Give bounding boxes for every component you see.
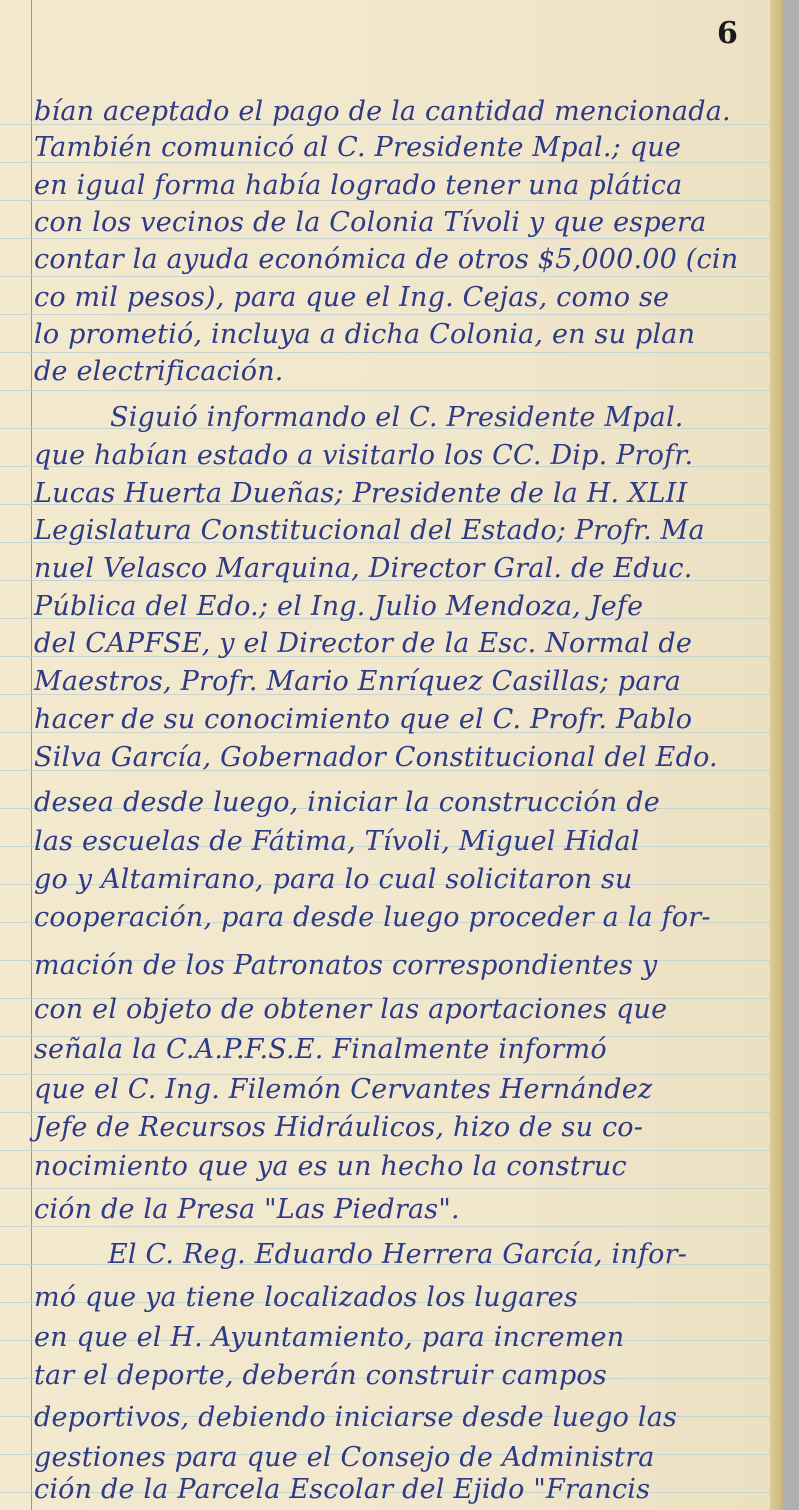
rule-line	[0, 1188, 770, 1189]
paragraph-start-line: El C. Reg. Eduardo Herrera García, infor…	[108, 1235, 770, 1275]
text-line: con los vecinos de la Colonia Tívoli y q…	[34, 203, 769, 243]
text-line: en igual forma había logrado tener una p…	[34, 166, 769, 206]
text-line: Maestros, Profr. Mario Enríquez Casillas…	[34, 662, 769, 702]
text-line: hacer de su conocimiento que el C. Profr…	[34, 700, 769, 740]
ledger-page: 6 bían aceptado el pago de la cantidad m…	[0, 0, 770, 1510]
text-line: ción de la Presa "Las Piedras".	[34, 1190, 769, 1230]
text-line: Legislatura Constitucional del Estado; P…	[34, 511, 769, 551]
text-line: de electrificación.	[34, 352, 769, 392]
background-surface	[782, 0, 799, 1510]
text-line: nocimiento que ya es un hecho la constru…	[34, 1147, 769, 1187]
text-line: bían aceptado el pago de la cantidad men…	[34, 92, 769, 132]
text-line: Silva García, Gobernador Constitucional …	[34, 738, 769, 778]
text-line: cooperación, para desde luego proceder a…	[34, 898, 769, 938]
text-line: del CAPFSE, y el Director de la Esc. Nor…	[34, 624, 769, 664]
text-line: tar el deporte, deberán construir campos	[34, 1356, 769, 1396]
page-number: 6	[717, 16, 738, 51]
text-line: que habían estado a visitarlo los CC. Di…	[34, 436, 769, 476]
text-line: lo prometió, incluya a dicha Colonia, en…	[34, 315, 769, 355]
text-line: Lucas Huerta Dueñas; Presidente de la H.…	[34, 474, 769, 514]
text-line: ción de la Parcela Escolar del Ejido "Fr…	[34, 1470, 769, 1510]
text-line: deportivos, debiendo iniciarse desde lue…	[34, 1398, 769, 1438]
text-line: También comunicó al C. Presidente Mpal.;…	[34, 128, 769, 168]
paragraph-start-line: Siguió informando el C. Presidente Mpal.	[110, 398, 770, 438]
text-line: mó que ya tiene localizados los lugares	[34, 1278, 769, 1318]
margin-rule	[31, 0, 32, 1510]
text-line: Jefe de Recursos Hidráulicos, hizo de su…	[34, 1108, 769, 1148]
text-line: señala la C.A.P.F.S.E. Finalmente inform…	[34, 1030, 769, 1070]
text-line: co mil pesos), para que el Ing. Cejas, c…	[34, 278, 769, 318]
text-line: mación de los Patronatos correspondiente…	[34, 946, 769, 986]
text-line: desea desde luego, iniciar la construcci…	[34, 783, 769, 823]
text-line: go y Altamirano, para lo cual solicitaro…	[34, 860, 769, 900]
text-line: Pública del Edo.; el Ing. Julio Mendoza,…	[34, 587, 769, 627]
text-line: con el objeto de obtener las aportacione…	[34, 990, 769, 1030]
text-line: contar la ayuda económica de otros $5,00…	[34, 240, 769, 280]
text-line: en que el H. Ayuntamiento, para incremen	[34, 1318, 769, 1358]
text-line: nuel Velasco Marquina, Director Gral. de…	[34, 549, 769, 589]
text-line: que el C. Ing. Filemón Cervantes Hernánd…	[34, 1070, 769, 1110]
text-line: las escuelas de Fátima, Tívoli, Miguel H…	[34, 822, 769, 862]
